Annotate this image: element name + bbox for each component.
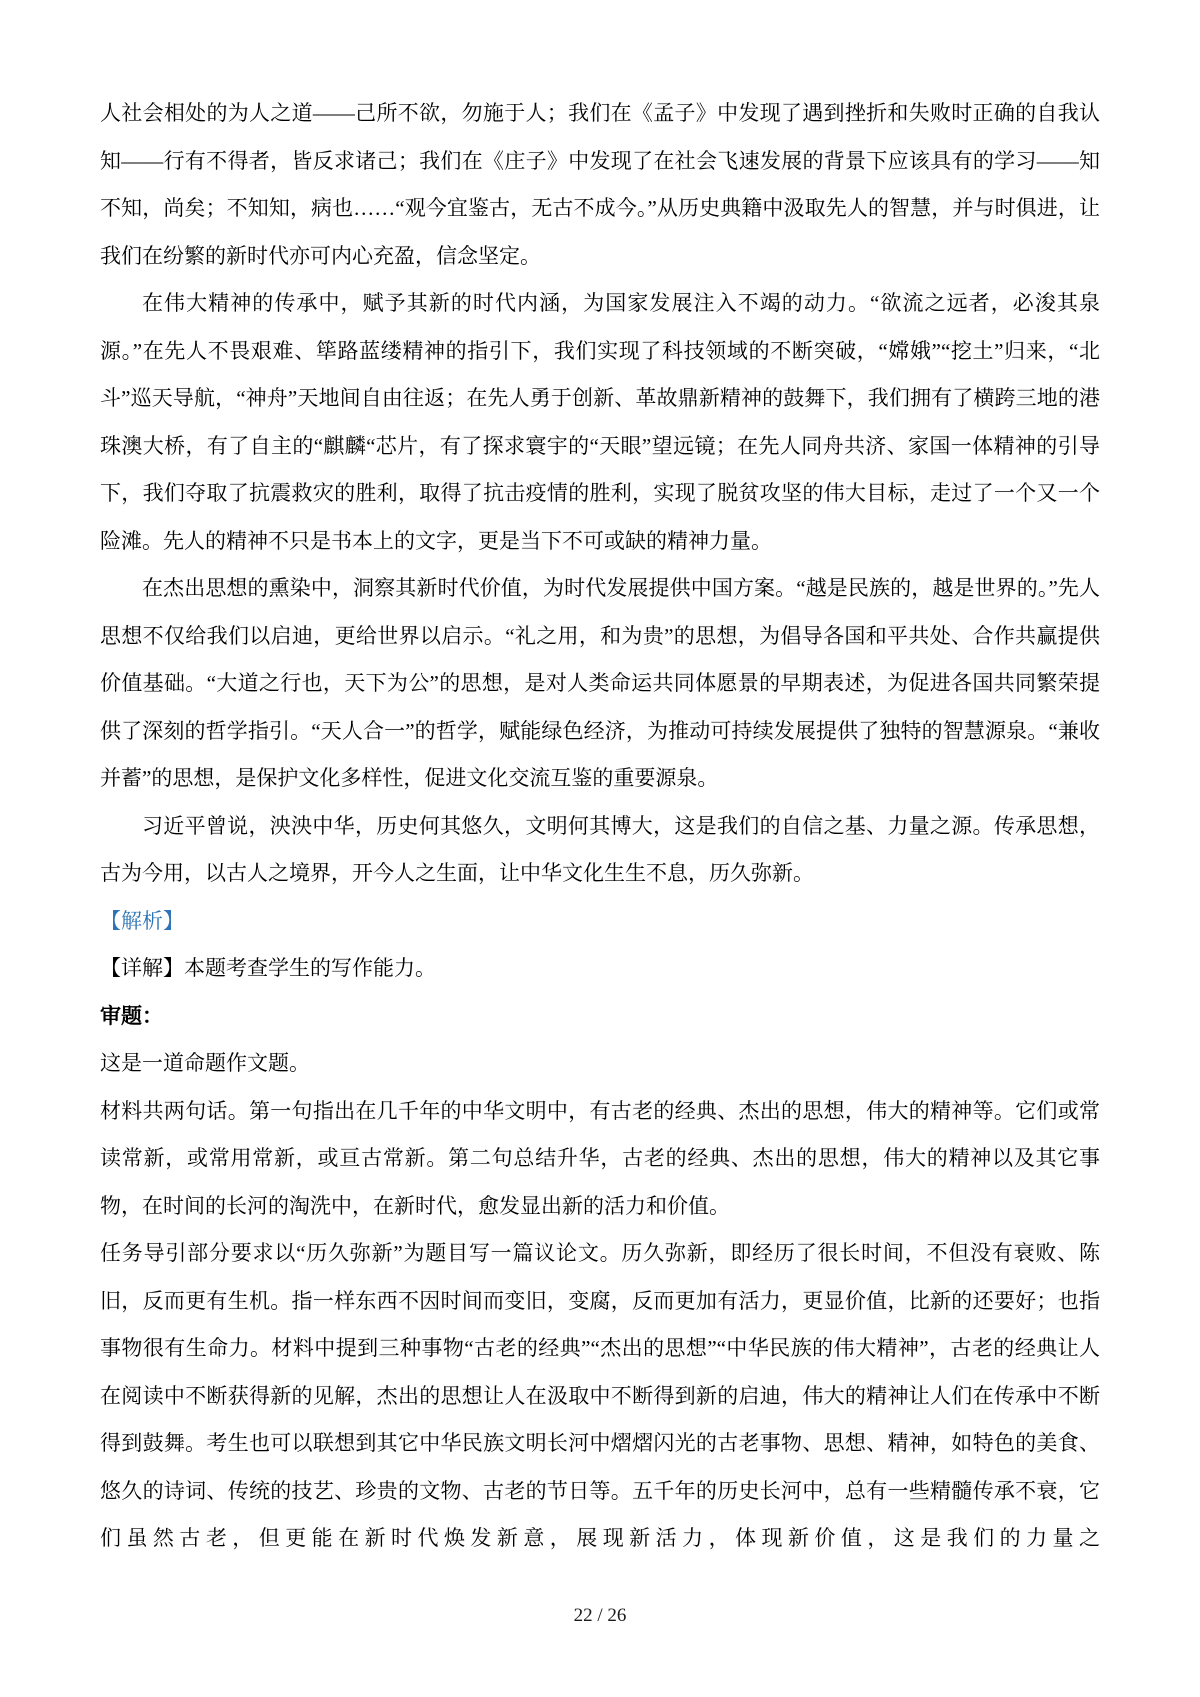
page-content: 人社会相处的为人之道——己所不欲，勿施于人；我们在《孟子》中发现了遇到挫折和失败…: [100, 90, 1100, 1563]
analysis-detail-line: 【详解】本题考查学生的写作能力。: [100, 945, 1100, 993]
page-number: 22 / 26: [0, 1603, 1200, 1629]
document-page: 人社会相处的为人之道——己所不欲，勿施于人；我们在《孟子》中发现了遇到挫折和失败…: [0, 0, 1200, 1697]
essay-paragraph-conclusion: 习近平曾说，泱泱中华，历史何其悠久，文明何其博大，这是我们的自信之基、力量之源。…: [100, 803, 1100, 898]
analysis-shenti-heading: 审题：: [100, 993, 1100, 1041]
essay-paragraph-outstanding-thought: 在杰出思想的熏染中，洞察其新时代价值，为时代发展提供中国方案。“越是民族的，越是…: [100, 565, 1100, 803]
analysis-material-paragraph: 材料共两句话。第一句指出在几千年的中华文明中，有古老的经典、杰出的思想，伟大的精…: [100, 1088, 1100, 1231]
analysis-task-paragraph: 任务导引部分要求以“历久弥新”为题目写一篇议论文。历久弥新，即经历了很长时间，不…: [100, 1230, 1100, 1563]
analysis-intro-line: 这是一道命题作文题。: [100, 1040, 1100, 1088]
analysis-section-label: 【解析】: [100, 898, 1100, 946]
essay-paragraph-great-spirit: 在伟大精神的传承中，赋予其新的时代内涵，为国家发展注入不竭的动力。“欲流之远者，…: [100, 280, 1100, 565]
essay-paragraph-continued: 人社会相处的为人之道——己所不欲，勿施于人；我们在《孟子》中发现了遇到挫折和失败…: [100, 90, 1100, 280]
